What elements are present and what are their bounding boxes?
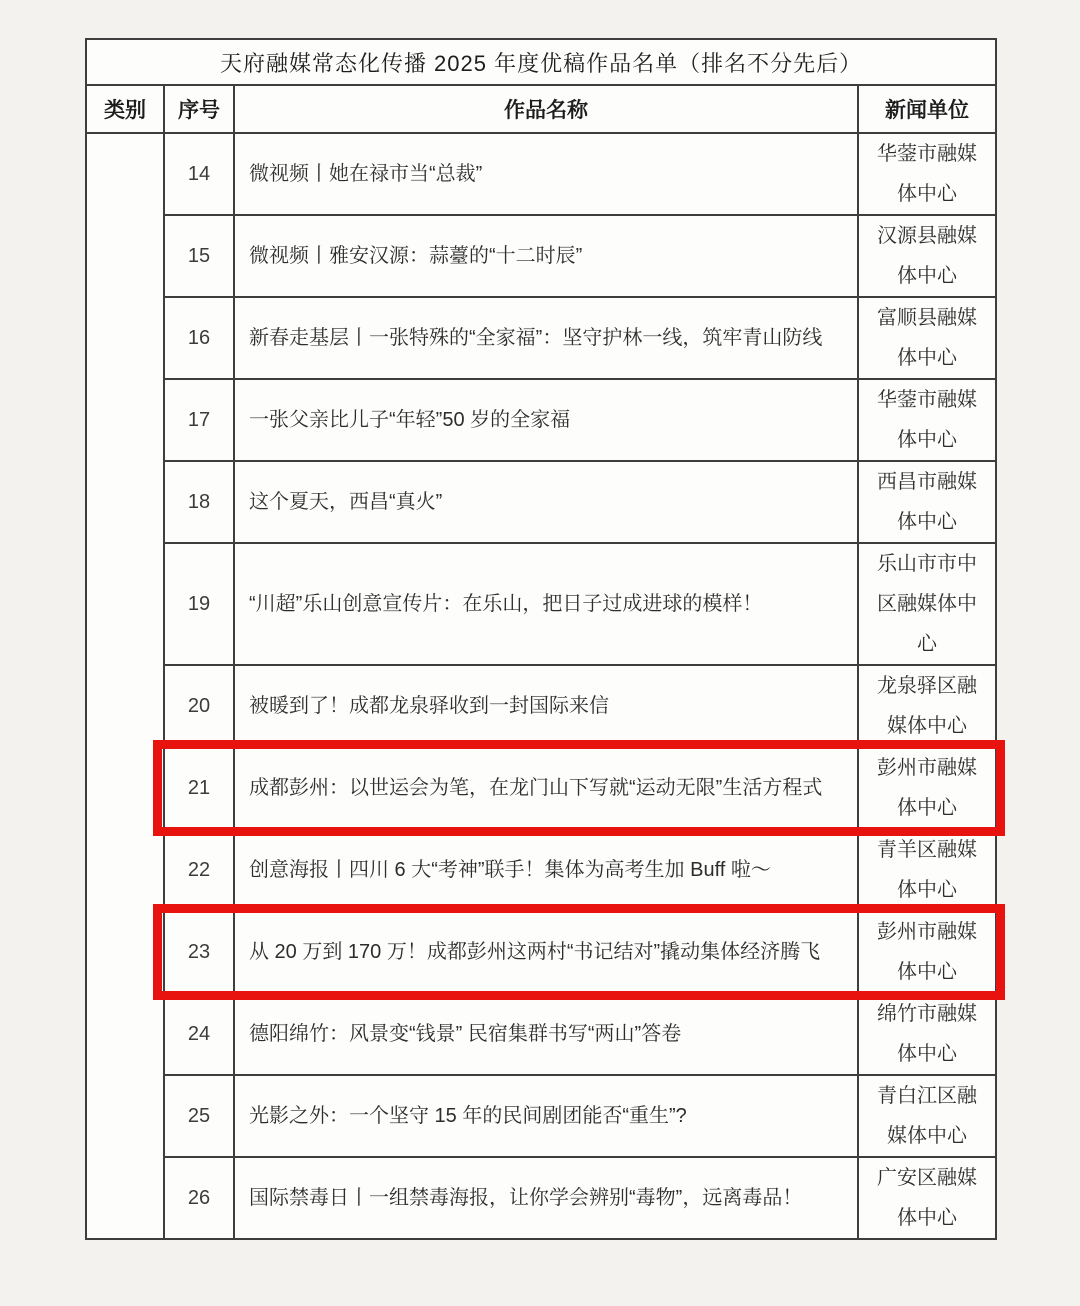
work-title: 新春走基层丨一张特殊的“全家福”：坚守护林一线，筑牢青山防线 bbox=[234, 297, 858, 379]
row-number: 22 bbox=[164, 829, 234, 911]
news-unit: 华蓥市融媒体中心 bbox=[858, 379, 996, 461]
document-page: 天府融媒常态化传播 2025 年度优稿作品名单（排名不分先后） 类别 序号 作品… bbox=[0, 0, 1080, 1306]
row-number-text: 25 bbox=[188, 1105, 210, 1127]
awards-table: 天府融媒常态化传播 2025 年度优稿作品名单（排名不分先后） 类别 序号 作品… bbox=[85, 38, 997, 1240]
row-number-text: 24 bbox=[188, 1023, 210, 1045]
work-title: 一张父亲比儿子“年轻”50 岁的全家福 bbox=[234, 379, 858, 461]
row-number: 14 bbox=[164, 133, 234, 215]
news-unit: 绵竹市融媒体中心 bbox=[858, 993, 996, 1075]
work-title: 德阳绵竹：风景变“钱景” 民宿集群书写“两山”答卷 bbox=[234, 993, 858, 1075]
news-unit: 西昌市融媒体中心 bbox=[858, 461, 996, 543]
column-header-no: 序号 bbox=[164, 85, 234, 133]
row-number-text: 21 bbox=[188, 777, 210, 799]
news-unit: 广安区融媒体中心 bbox=[858, 1157, 996, 1239]
row-number-text: 22 bbox=[188, 859, 210, 881]
work-title: 这个夏天，西昌“真火” bbox=[234, 461, 858, 543]
row-number: 21 bbox=[164, 747, 234, 829]
news-unit: 龙泉驿区融媒体中心 bbox=[858, 665, 996, 747]
table-row: 25 光影之外：一个坚守 15 年的民间剧团能否“重生”? 青白江区融媒体中心 bbox=[86, 1075, 996, 1157]
news-unit: 青白江区融媒体中心 bbox=[858, 1075, 996, 1157]
table-row: 21 成都彭州：以世运会为笔，在龙门山下写就“运动无限”生活方程式 彭州市融媒体… bbox=[86, 747, 996, 829]
row-number: 25 bbox=[164, 1075, 234, 1157]
row-number: 17 bbox=[164, 379, 234, 461]
work-title: 国际禁毒日丨一组禁毒海报，让你学会辨别“毒物”，远离毒品！ bbox=[234, 1157, 858, 1239]
row-number-text: 26 bbox=[188, 1187, 210, 1209]
news-unit: 彭州市融媒体中心 bbox=[858, 911, 996, 993]
work-title: “川超”乐山创意宣传片：在乐山，把日子过成进球的模样！ bbox=[234, 543, 858, 665]
row-number: 20 bbox=[164, 665, 234, 747]
table-row: 26 国际禁毒日丨一组禁毒海报，让你学会辨别“毒物”，远离毒品！ 广安区融媒体中… bbox=[86, 1157, 996, 1239]
row-number-text: 19 bbox=[188, 593, 210, 615]
work-title: 创意海报丨四川 6 大“考神”联手！集体为高考生加 Buff 啦～ bbox=[234, 829, 858, 911]
row-number-text: 14 bbox=[188, 163, 210, 185]
news-unit: 华蓥市融媒体中心 bbox=[858, 133, 996, 215]
work-title: 微视频丨她在禄市当“总裁” bbox=[234, 133, 858, 215]
row-number: 19 bbox=[164, 543, 234, 665]
table-row: 24 德阳绵竹：风景变“钱景” 民宿集群书写“两山”答卷 绵竹市融媒体中心 bbox=[86, 993, 996, 1075]
title-row: 天府融媒常态化传播 2025 年度优稿作品名单（排名不分先后） bbox=[86, 39, 996, 85]
category-cell bbox=[86, 133, 164, 1239]
table-row: 14 微视频丨她在禄市当“总裁” 华蓥市融媒体中心 bbox=[86, 133, 996, 215]
row-number: 26 bbox=[164, 1157, 234, 1239]
news-unit: 彭州市融媒体中心 bbox=[858, 747, 996, 829]
work-title: 成都彭州：以世运会为笔，在龙门山下写就“运动无限”生活方程式 bbox=[234, 747, 858, 829]
work-title: 微视频丨雅安汉源：蒜薹的“十二时辰” bbox=[234, 215, 858, 297]
column-header-category: 类别 bbox=[86, 85, 164, 133]
table-row: 16 新春走基层丨一张特殊的“全家福”：坚守护林一线，筑牢青山防线 富顺县融媒体… bbox=[86, 297, 996, 379]
work-title: 光影之外：一个坚守 15 年的民间剧团能否“重生”? bbox=[234, 1075, 858, 1157]
row-number: 16 bbox=[164, 297, 234, 379]
row-number: 15 bbox=[164, 215, 234, 297]
table-row: 15 微视频丨雅安汉源：蒜薹的“十二时辰” 汉源县融媒体中心 bbox=[86, 215, 996, 297]
row-number: 18 bbox=[164, 461, 234, 543]
column-header-work: 作品名称 bbox=[234, 85, 858, 133]
table-row: 17 一张父亲比儿子“年轻”50 岁的全家福 华蓥市融媒体中心 bbox=[86, 379, 996, 461]
row-number: 24 bbox=[164, 993, 234, 1075]
work-title: 从 20 万到 170 万！成都彭州这两村“书记结对”撬动集体经济腾飞 bbox=[234, 911, 858, 993]
work-title: 被暖到了！成都龙泉驿收到一封国际来信 bbox=[234, 665, 858, 747]
table-row: 18 这个夏天，西昌“真火” 西昌市融媒体中心 bbox=[86, 461, 996, 543]
table-row: 23 从 20 万到 170 万！成都彭州这两村“书记结对”撬动集体经济腾飞 彭… bbox=[86, 911, 996, 993]
row-number-text: 16 bbox=[188, 327, 210, 349]
row-number-text: 17 bbox=[188, 409, 210, 431]
table-row: 19 “川超”乐山创意宣传片：在乐山，把日子过成进球的模样！ 乐山市市中区融媒体… bbox=[86, 543, 996, 665]
row-number-text: 20 bbox=[188, 695, 210, 717]
news-unit: 乐山市市中区融媒体中心 bbox=[858, 543, 996, 665]
row-number: 23 bbox=[164, 911, 234, 993]
table-row: 22 创意海报丨四川 6 大“考神”联手！集体为高考生加 Buff 啦～ 青羊区… bbox=[86, 829, 996, 911]
news-unit: 富顺县融媒体中心 bbox=[858, 297, 996, 379]
table-row: 20 被暖到了！成都龙泉驿收到一封国际来信 龙泉驿区融媒体中心 bbox=[86, 665, 996, 747]
news-unit: 青羊区融媒体中心 bbox=[858, 829, 996, 911]
news-unit: 汉源县融媒体中心 bbox=[858, 215, 996, 297]
row-number-text: 18 bbox=[188, 491, 210, 513]
header-row: 类别 序号 作品名称 新闻单位 bbox=[86, 85, 996, 133]
row-number-text: 23 bbox=[188, 941, 210, 963]
row-number-text: 15 bbox=[188, 245, 210, 267]
column-header-unit: 新闻单位 bbox=[858, 85, 996, 133]
table-title: 天府融媒常态化传播 2025 年度优稿作品名单（排名不分先后） bbox=[86, 39, 996, 85]
